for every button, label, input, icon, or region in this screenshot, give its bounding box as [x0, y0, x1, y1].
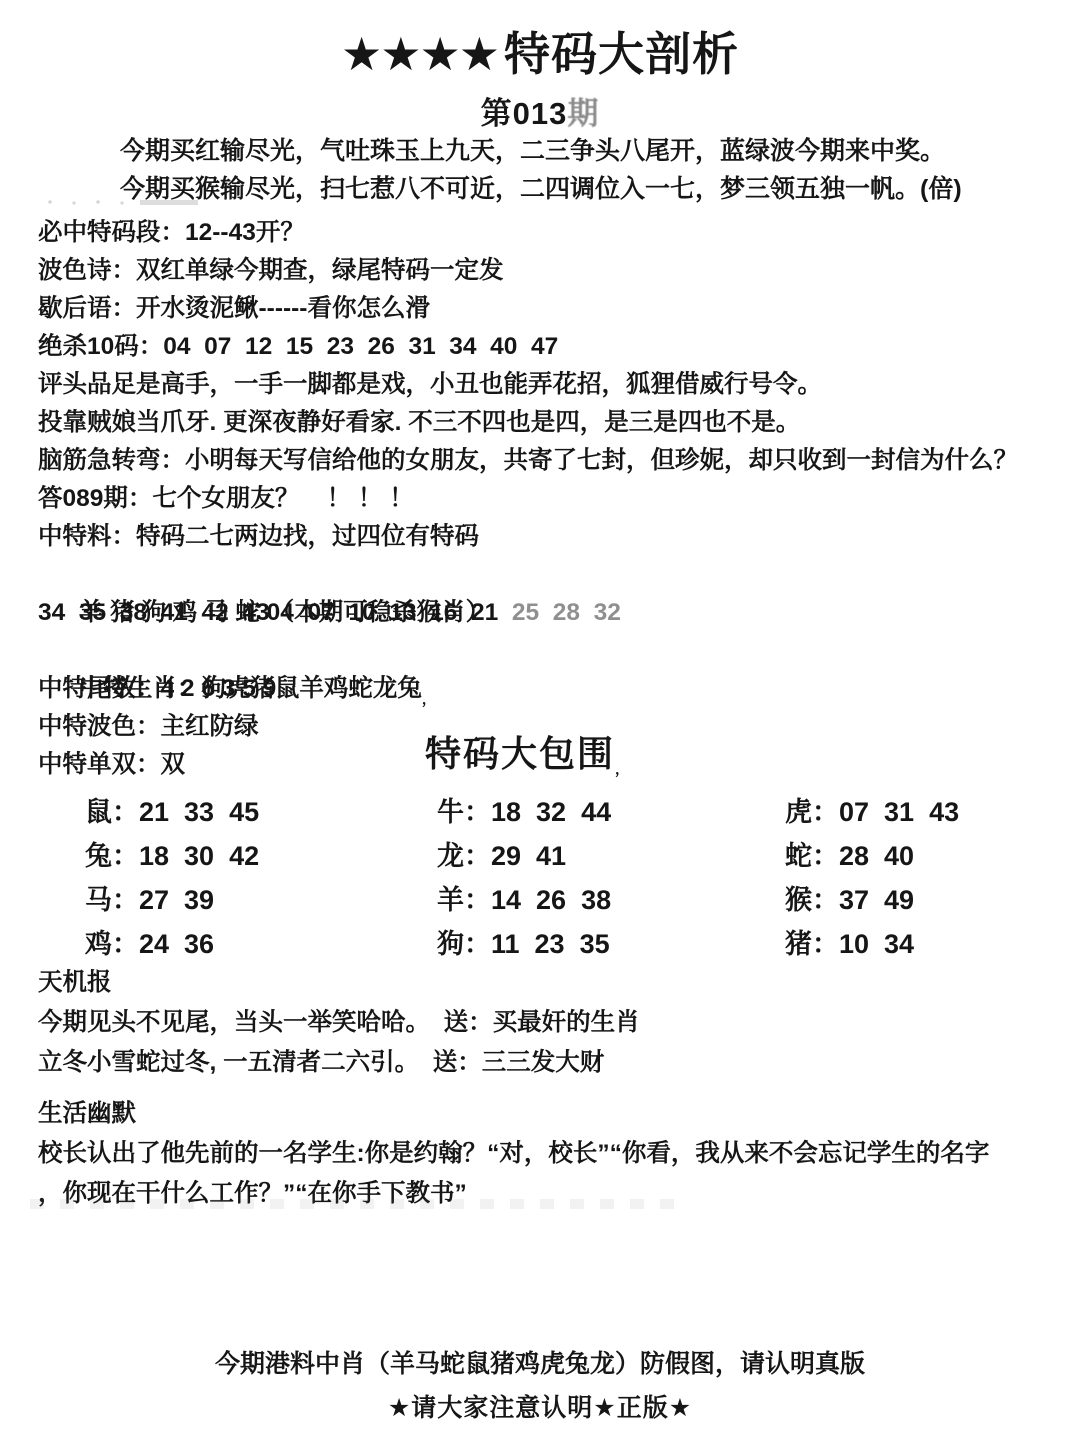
tip-line-proverb-2: 投靠贼娘当爪牙. 更深夜静好看家. 不三不四也是四，是三是四也不是。: [38, 404, 1048, 442]
issue-number-tail: 期: [567, 96, 599, 131]
prediction-shengxiao: 中特生肖：狗虎猪鼠羊鸡蛇龙兔，: [38, 632, 1048, 670]
table-row: 马：27 39 羊：14 26 38 猴：37 49: [0, 878, 1080, 922]
tianji-heading: 天机报: [38, 963, 112, 998]
print-mark: ，: [422, 691, 436, 707]
table-cell-tiger: 虎：07 31 43: [785, 790, 959, 834]
footer-authenticity-line: 今期港料中肖（羊马蛇鼠猪鸡虎兔龙）防假图，请认明真版: [0, 1344, 1080, 1380]
table-row: 兔：18 30 42 龙：29 41 蛇：28 40: [0, 834, 1080, 878]
table-cell-rabbit: 兔：18 30 42: [85, 834, 259, 878]
table-cell-pig: 猪：10 34: [785, 922, 914, 966]
humor-line-1: 校长认出了他先前的一名学生:你是约翰？“对，校长”“你看，我从来不会忘记学生的名…: [38, 1134, 989, 1169]
page-title-text: 特码大剖析: [504, 28, 739, 80]
tip-line-riddle: 脑筋急转弯：小明每天写信给他的女朋友，共寄了七封，但珍妮，却只收到一封信为什么？: [38, 442, 1048, 480]
tip-line-xiehouyu: 歇后语：开水烫泥鳅------看你怎么滑: [38, 290, 1048, 328]
table-row: 鼠：21 33 45 牛：18 32 44 虎：07 31 43: [0, 790, 1080, 834]
print-smudge: [30, 1199, 690, 1209]
print-mark: ，: [615, 761, 629, 777]
body-text-block: 必中特码段：12--43开？ 波色诗：双红单绿今期查，绿尾特码一定发 歇后语：开…: [38, 214, 1048, 784]
tianji-line-1: 今期见头不见尾，当头一举笑哈哈。 送：买最奸的生肖: [38, 1003, 640, 1038]
tip-line-proverb-1: 评头品足是高手，一手一脚都是戏，小丑也能弄花招，狐狸借威行号令。: [38, 366, 1048, 404]
encirclement-heading-text: 特码大包围: [425, 733, 615, 774]
table-cell-monkey: 猴：37 49: [785, 878, 914, 922]
tip-line-riddle-answer: 答089期：七个女朋友？ ！ ！ ！: [38, 480, 1048, 518]
table-cell-horse: 马：27 39: [85, 878, 214, 922]
table-row: 鸡：24 36 狗：11 23 35 猪：10 34: [0, 922, 1080, 966]
table-cell-rat: 鼠：21 33 45: [85, 790, 259, 834]
humor-heading: 生活幽默: [38, 1094, 136, 1129]
table-cell-goat: 羊：14 26 38: [437, 878, 611, 922]
table-cell-dragon: 龙：29 41: [437, 834, 566, 878]
table-cell-rooster: 鸡：24 36: [85, 922, 214, 966]
verse-line-red: 今期买红输尽光，气吐珠玉上九天，二三争头八尾开，蓝绿波今期来中奖。: [120, 131, 945, 167]
issue-number: 第013期: [0, 88, 1080, 133]
footer-genuine-line: ★请大家注意认明★正版★: [0, 1388, 1080, 1424]
print-smudge: [44, 194, 374, 210]
zodiac-number-table: 鼠：21 33 45 牛：18 32 44 虎：07 31 43 兔：18 30…: [0, 790, 1080, 966]
tip-line-zhongte-hint: 中特料：特码二七两边找，过四位有特码: [38, 518, 1048, 556]
star-rating-icon: ★★★★: [341, 28, 498, 80]
table-cell-ox: 牛：18 32 44: [437, 790, 611, 834]
zodiac-kill-line-1: 羊 猪 狗 鸡 马 蛇 04 07 10 13 16 21 25 28 32: [38, 556, 1048, 594]
tip-line-kill-10-codes: 绝杀10码：04 07 12 15 23 26 31 34 40 47: [38, 328, 1048, 366]
tip-line-code-range: 必中特码段：12--43开？: [38, 214, 1048, 252]
tip-sheet-page: ★★★★特码大剖析 第013期 今期买红输尽光，气吐珠玉上九天，二三争头八尾开，…: [0, 0, 1080, 1450]
table-cell-snake: 蛇：28 40: [785, 834, 914, 878]
tip-line-wave-poem: 波色诗：双红单绿今期查，绿尾特码一定发: [38, 252, 1048, 290]
tianji-line-2: 立冬小雪蛇过冬, 一五清者二六引。 送：三三发大财: [38, 1043, 604, 1078]
issue-number-main: 第013: [481, 96, 568, 131]
zodiac-kill-faded-numbers: 25 28 32: [512, 599, 621, 626]
prediction-weishu: 中特尾数：4 2 6 3 5 9: [38, 670, 1048, 708]
page-title: ★★★★特码大剖析: [0, 28, 1080, 81]
table-cell-dog: 狗：11 23 35: [437, 922, 610, 966]
encirclement-heading: 特码大包围，: [425, 726, 629, 779]
